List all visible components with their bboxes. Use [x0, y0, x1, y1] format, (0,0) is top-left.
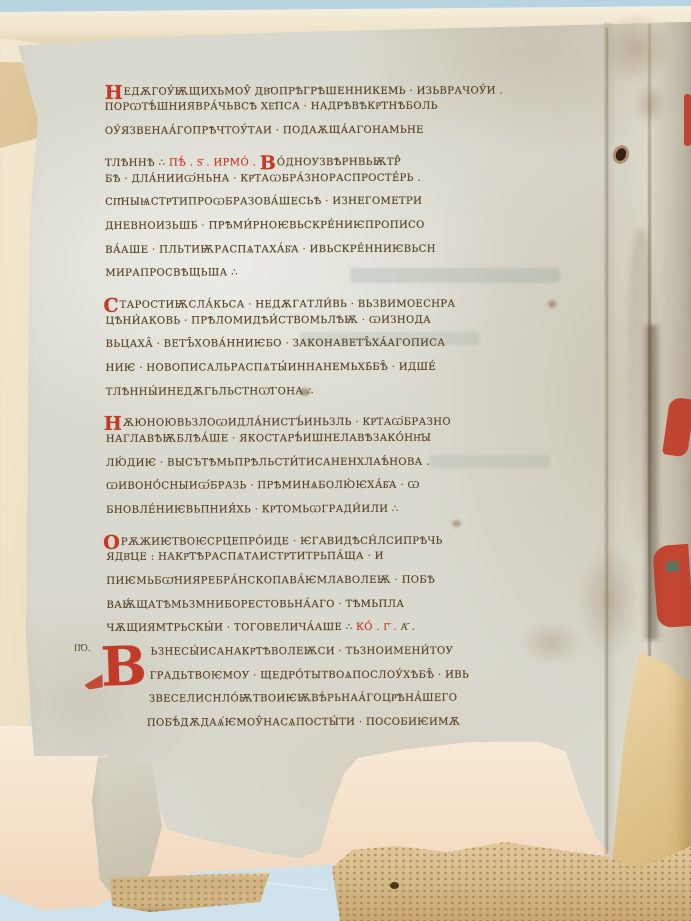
text-line: ѡивоно́сныиѡ́бразь · прѣминѧболю́ѥха́б҃а… — [106, 476, 420, 493]
ink-text: ѡивоно́сныиѡ́бразь · прѣминѧболю́ѥха́б҃а… — [106, 476, 420, 493]
text-line: ниѥ · новописальраспѧты́иннанемьхь̑бѣ̑ ·… — [106, 358, 436, 375]
text-line: вьцаха̑ · ветъ̑хова́нниѥбо · законаветъ̑… — [106, 334, 446, 351]
text-line: побѣ́дѫдаѧ́ѥмоу̂насѧпосты́ти · пособиѥим… — [147, 713, 460, 730]
ink-text: тлѣнны́инедѫгьльстнѡ̑гона ∴ — [106, 382, 314, 399]
ink-text: звеселиснло́ѭтвоиѥѭвѣ́рьнаа́гоцр҃ѣна́шег… — [149, 689, 458, 706]
text-line: лю́диѥ · высътѣмьпрѣльсти́тисаненхлаѣ́но… — [106, 453, 430, 470]
text-line: порѡтѣ́шниявра́чьвсѣ хе҃пса · надрѣвѣкр҃… — [105, 97, 438, 114]
ink-text: оу́язвенаа́гопрѣчтоу́таи · подаѫща́агона… — [105, 121, 424, 138]
ink-text: о́дноузвѣрнвьѭтр̂ — [277, 153, 401, 169]
text-line: бѣ · дла́нииѡ́ньна · кр҃таѡбра́знораспро… — [105, 169, 421, 186]
ink-text: наглавѣѭблѣа́ше · якостарѣ́ишнелавѣзако́… — [106, 429, 431, 446]
ink-text: порѡтѣ́шниявра́чьвсѣ хе҃пса · надрѣвѣкр҃… — [105, 97, 438, 114]
text-line: чѫщиямт̑рьскы́и · тоговелича́аше ∴ Ко́ .… — [107, 618, 416, 635]
text-line: бновле́ниѥвьпния́хь · кр҃томьѡгради́или … — [106, 500, 399, 517]
text-line: мирапросвѣщьша ∴ — [105, 263, 238, 279]
text-line: дневноизьшь́ · прѣми́рноѥвьскре́ниѥпропи… — [105, 216, 425, 233]
text-line: наглавѣѭблѣа́ше · якостарѣ́ишнелавѣзако́… — [106, 429, 431, 446]
ink-text: побѣ́дѫдаѧ́ѥмоу̂насѧпосты́ти · пособиѥим… — [147, 713, 460, 730]
manuscript-photo: Недѫгоу́ѭщихьмоу̂ дв҃опрѣгрѣшенникемь · … — [0, 0, 691, 921]
ink-text: ѫюноювьзлоѡидла́нистъ́иньзль · кр҃таѡ́бр… — [123, 413, 451, 430]
ink-text: бновле́ниѥвьпния́хь · кр҃томьѡгради́или … — [106, 500, 399, 517]
text-line: звеселиснло́ѭтвоиѥѭвѣ́рьнаа́гоцр҃ѣна́шег… — [149, 689, 458, 706]
ink-text: пиѥмьбѡ҃нияребра́нскопава́ѥмлаволеѭ · по… — [106, 571, 435, 588]
ink-text: лю́диѥ · высътѣмьпрѣльсти́тисаненхлаѣ́но… — [106, 453, 430, 470]
text-line: ьзнесы́исанакр҃тѣволеѭси · тьзноимени́то… — [151, 642, 454, 659]
ink-text: мирапросвѣщьша ∴ — [105, 263, 238, 279]
text-block: Недѫгоу́ѭщихьмоу̂ дв҃опрѣгрѣшенникемь · … — [0, 0, 691, 921]
ink-text: бѣ · дла́нииѡ́ньна · кр҃таѡбра́знораспро… — [105, 169, 421, 186]
ink-text: тлѣннѣ ∴ — [105, 154, 169, 170]
text-line: ядв҃це : накр҃тѣраспѧтаистр҃титрьпа́ща ·… — [106, 547, 384, 564]
ink-text: сп҃ныѩстр҃типроѡбразова́шесьѣ · изнегоме… — [105, 192, 422, 209]
text-line: пиѥмьбѡ҃нияребра́нскопава́ѥмлаволеѭ · по… — [106, 571, 435, 588]
text-line: цѣни́аковь · прѣломидѣи́ствомьлѣѭ · ѡизн… — [105, 311, 431, 328]
large-drop-cap: В — [100, 637, 148, 695]
text-line: градьтвоѥмоу · щедро́тытвоѧпослоу́хѣбѣ̑ … — [150, 666, 469, 683]
text-line: сп҃ныѩстр҃типроѡбразова́шесьѣ · изнегоме… — [105, 192, 422, 209]
text-line: ваѭ́щатѣмьзмниборестовьна́аго · тѣмьпла — [106, 595, 404, 612]
text-line: тлѣнны́инедѫгьльстнѡ̑гона ∴ — [106, 382, 314, 399]
text-line: оу́язвенаа́гопрѣчтоу́таи · подаѫща́агона… — [105, 121, 424, 138]
ink-text: ядв҃це : накр҃тѣраспѧтаистр҃титрьпа́ща ·… — [106, 547, 384, 564]
ink-text: ниѥ · новописальраспѧты́иннанемьхь̑бѣ̑ ·… — [106, 358, 436, 375]
ink-text: вьцаха̑ · ветъ̑хова́нниѥбо · законаветъ̑… — [106, 334, 446, 351]
rubric-text: пѣ́ . ѕ҃ . ирмо́ . — [169, 153, 260, 169]
ink-text: ва́аше · пльтиѭраспѧтаха́б҃а · ивьскре́н… — [105, 240, 436, 257]
ink-text: рѫжиѥтвоѥсрц̑епро́иде · ѥгавидѣсн́лсипрѣ… — [121, 532, 443, 549]
ink-text: ьзнесы́исанакр҃тѣволеѭси · тьзноимени́то… — [151, 642, 454, 659]
text-line: ва́аше · пльтиѭраспѧтаха́б҃а · ивьскре́н… — [105, 240, 436, 257]
ink-text: градьтвоѥмоу · щедро́тытвоѧпослоу́хѣбѣ̑ … — [150, 666, 469, 683]
ink-text: цѣни́аковь · прѣломидѣи́ствомьлѣѭ · ѡизн… — [105, 311, 431, 328]
ink-text: ваѭ́щатѣмьзмниборестовьна́аго · тѣмьпла — [106, 595, 404, 612]
marginal-note: п҃о. — [74, 640, 91, 655]
rubric-text: Ко́ . г҃ . — [356, 618, 397, 634]
ink-text: таростиѭсла́кьса · недѫгатли́вь · вьзвим… — [120, 295, 456, 312]
ink-text: а҃ . — [397, 618, 415, 634]
ink-text: дневноизьшь́ · прѣми́рноѥвьскре́ниѥпропи… — [105, 216, 425, 233]
